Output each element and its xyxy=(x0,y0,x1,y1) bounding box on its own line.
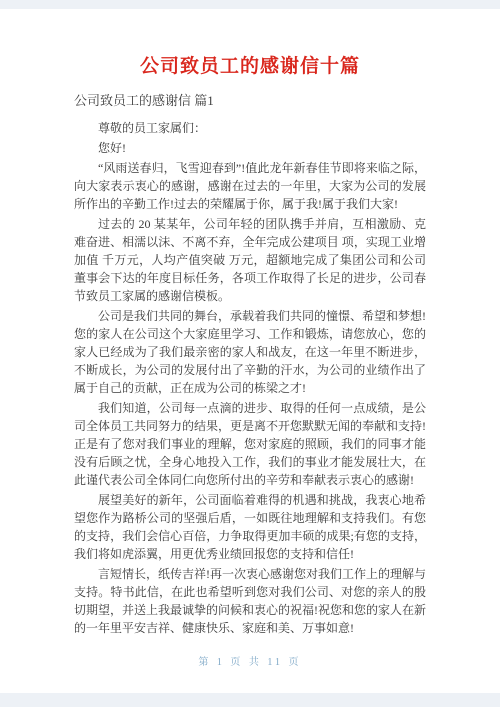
document-viewer: 公司致员工的感谢信十篇 公司致员工的感谢信 篇1 尊敬的员工家属们： 您好! “… xyxy=(0,0,500,707)
page-number-footer: 第 1 页 共 11 页 xyxy=(74,653,426,668)
section-heading: 公司致员工的感谢信 篇1 xyxy=(74,92,426,110)
paragraph-body: 公司是我们共同的舞台，承载着我们共同的憧憬、希望和梦想!您的家人在公司这个大家庭… xyxy=(74,307,426,397)
paragraph-body: 展望美好的新年，公司面临着难得的机遇和挑战，我衷心地希望您作为路桥公司的坚强后盾… xyxy=(74,491,426,563)
paragraph-body: “风雨送春归，飞雪迎春到”!值此龙年新春佳节即将来临之际，向大家表示衷心的感谢，… xyxy=(74,159,426,213)
paragraph-body: 言短情长，纸传吉祥!再一次衷心感谢您对我们工作上的理解与支持。特书此信，在此也希… xyxy=(74,565,426,637)
document-title: 公司致员工的感谢信十篇 xyxy=(74,55,426,79)
paragraph-greeting: 您好! xyxy=(74,139,426,157)
paragraph-salutation: 尊敬的员工家属们： xyxy=(74,119,426,137)
viewer-top-band xyxy=(0,0,500,9)
document-page: 公司致员工的感谢信十篇 公司致员工的感谢信 篇1 尊敬的员工家属们： 您好! “… xyxy=(0,9,500,693)
viewer-bottom-band xyxy=(0,693,500,707)
paragraph-body: 过去的 20 某某年，公司年轻的团队携手并肩，互相激励、克难奋进、相濡以沫、不离… xyxy=(74,215,426,305)
paragraph-body: 我们知道，公司每一点滴的进步、取得的任何一点成绩，是公司全体员工共同努力的结果，… xyxy=(74,399,426,489)
